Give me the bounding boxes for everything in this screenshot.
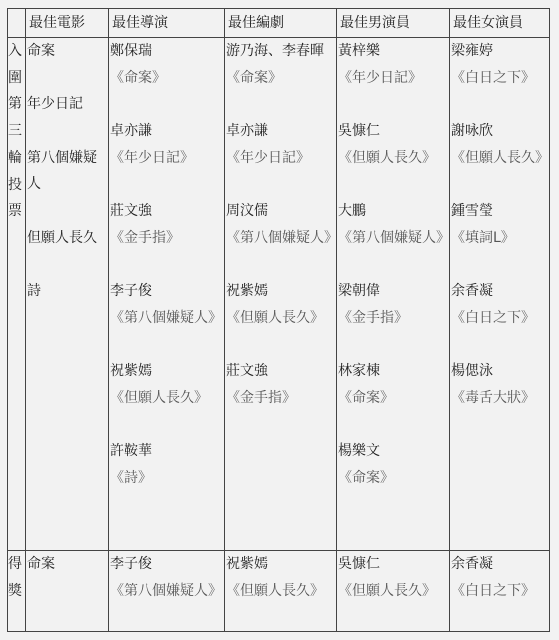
cell-best-actor-winner: 吳慷仁《但願人長久》 bbox=[337, 551, 450, 632]
nominee-film: 《但願人長久》 bbox=[451, 145, 548, 172]
nominee-entry: 莊文強《金手指》 bbox=[110, 198, 223, 251]
label-char: 票 bbox=[8, 198, 25, 225]
nominee-entry: 鍾雪瑩《填詞L》 bbox=[451, 198, 548, 251]
film-nominee: 命案 bbox=[27, 38, 107, 65]
nominee-entry: 游乃海、李春暉《命案》 bbox=[226, 38, 335, 91]
header-best-film: 最佳電影 bbox=[26, 9, 109, 38]
winner-entry: 李子俊《第八個嫌疑人》 bbox=[110, 551, 223, 604]
nominee-entry: 卓亦謙《年少日記》 bbox=[226, 118, 335, 171]
nominee-name: 余香凝 bbox=[451, 278, 548, 305]
nominee-name: 楊偲泳 bbox=[451, 358, 548, 385]
nominee-name: 卓亦謙 bbox=[110, 118, 223, 145]
nominee-entry: 祝紫嫣《但願人長久》 bbox=[110, 358, 223, 411]
nominee-entry: 謝咏欣《但願人長久》 bbox=[451, 118, 548, 171]
header-best-actor: 最佳男演員 bbox=[337, 9, 450, 38]
row-nominees: 入 圍 第 三 輪 投 票 命案 年少日記 第八個嫌疑人 但願人長久 詩 鄭保瑞… bbox=[8, 38, 550, 551]
winner-film: 《但願人長久》 bbox=[226, 578, 335, 605]
label-char: 第 bbox=[8, 91, 25, 118]
nominee-name: 祝紫嫣 bbox=[226, 278, 335, 305]
nominee-film: 《命案》 bbox=[226, 65, 335, 92]
nominee-entry: 吳慷仁《但願人長久》 bbox=[338, 118, 448, 171]
label-char: 三 bbox=[8, 118, 25, 145]
cell-best-actress-nominees: 梁雍婷《白日之下》 謝咏欣《但願人長久》 鍾雪瑩《填詞L》 余香凝《白日之下》 … bbox=[450, 38, 550, 551]
awards-table: 最佳電影 最佳導演 最佳編劇 最佳男演員 最佳女演員 入 圍 第 三 輪 投 票… bbox=[7, 8, 550, 632]
nominee-entry: 許鞍華《詩》 bbox=[110, 438, 223, 491]
nominee-film: 《填詞L》 bbox=[451, 225, 548, 252]
cell-best-actor-nominees: 黃梓樂《年少日記》 吳慷仁《但願人長久》 大鵬《第八個嫌疑人》 梁朝偉《金手指》… bbox=[337, 38, 450, 551]
nominee-film: 《毒舌大狀》 bbox=[451, 385, 548, 412]
header-best-screenplay: 最佳編劇 bbox=[225, 9, 337, 38]
cell-best-screenplay-winner: 祝紫嫣《但願人長久》 bbox=[225, 551, 337, 632]
row-label-nominees: 入 圍 第 三 輪 投 票 bbox=[8, 38, 26, 551]
winner-name: 李子俊 bbox=[110, 551, 223, 578]
nominee-name: 梁雍婷 bbox=[451, 38, 548, 65]
nominee-entry: 余香凝《白日之下》 bbox=[451, 278, 548, 331]
nominee-entry: 鄭保瑞《命案》 bbox=[110, 38, 223, 91]
row-winners: 得 獎 命案 李子俊《第八個嫌疑人》 祝紫嫣《但願人長久》 吳慷仁《但願人長久》… bbox=[8, 551, 550, 632]
nominee-film: 《詩》 bbox=[110, 465, 223, 492]
row-label-winners: 得 獎 bbox=[8, 551, 26, 632]
nominee-name: 鍾雪瑩 bbox=[451, 198, 548, 225]
winner-entry: 余香凝《白日之下》 bbox=[451, 551, 548, 604]
nominee-film: 《第八個嫌疑人》 bbox=[338, 225, 448, 252]
nominee-film: 《年少日記》 bbox=[338, 65, 448, 92]
nominee-name: 卓亦謙 bbox=[226, 118, 335, 145]
nominee-entry: 梁雍婷《白日之下》 bbox=[451, 38, 548, 91]
nominee-name: 大鵬 bbox=[338, 198, 448, 225]
nominee-entry: 卓亦謙《年少日記》 bbox=[110, 118, 223, 171]
film-nominee: 年少日記 bbox=[27, 91, 107, 118]
nominee-name: 游乃海、李春暉 bbox=[226, 38, 335, 65]
nominee-name: 周汶儒 bbox=[226, 198, 335, 225]
winner-name: 余香凝 bbox=[451, 551, 548, 578]
nominee-entry: 李子俊《第八個嫌疑人》 bbox=[110, 278, 223, 331]
nominee-name: 祝紫嫣 bbox=[110, 358, 223, 385]
film-nominee: 但願人長久 bbox=[27, 225, 107, 252]
header-best-director: 最佳導演 bbox=[109, 9, 225, 38]
nominee-film: 《但願人長久》 bbox=[338, 145, 448, 172]
winner-entry: 吳慷仁《但願人長久》 bbox=[338, 551, 448, 604]
nominee-name: 黃梓樂 bbox=[338, 38, 448, 65]
nominee-name: 莊文強 bbox=[226, 358, 335, 385]
winner-name: 吳慷仁 bbox=[338, 551, 448, 578]
winner-film: 《但願人長久》 bbox=[338, 578, 448, 605]
nominee-film: 《命案》 bbox=[338, 385, 448, 412]
nominee-film: 《第八個嫌疑人》 bbox=[226, 225, 335, 252]
nominee-film: 《金手指》 bbox=[226, 385, 335, 412]
label-char: 投 bbox=[8, 172, 25, 199]
nominee-entry: 周汶儒《第八個嫌疑人》 bbox=[226, 198, 335, 251]
cell-best-director-nominees: 鄭保瑞《命案》 卓亦謙《年少日記》 莊文強《金手指》 李子俊《第八個嫌疑人》 祝… bbox=[109, 38, 225, 551]
nominee-entry: 黃梓樂《年少日記》 bbox=[338, 38, 448, 91]
nominee-entry: 林家棟《命案》 bbox=[338, 358, 448, 411]
nominee-film: 《金手指》 bbox=[110, 225, 223, 252]
winner-name: 祝紫嫣 bbox=[226, 551, 335, 578]
label-char: 獎 bbox=[8, 578, 25, 605]
nominee-name: 許鞍華 bbox=[110, 438, 223, 465]
nominee-name: 謝咏欣 bbox=[451, 118, 548, 145]
nominee-entry: 梁朝偉《金手指》 bbox=[338, 278, 448, 331]
cell-best-screenplay-nominees: 游乃海、李春暉《命案》 卓亦謙《年少日記》 周汶儒《第八個嫌疑人》 祝紫嫣《但願… bbox=[225, 38, 337, 551]
nominee-film: 《金手指》 bbox=[338, 305, 448, 332]
header-row: 最佳電影 最佳導演 最佳編劇 最佳男演員 最佳女演員 bbox=[8, 9, 550, 38]
nominee-film: 《年少日記》 bbox=[110, 145, 223, 172]
nominee-name: 林家棟 bbox=[338, 358, 448, 385]
nominee-name: 莊文強 bbox=[110, 198, 223, 225]
nominee-name: 吳慷仁 bbox=[338, 118, 448, 145]
header-best-actress: 最佳女演員 bbox=[450, 9, 550, 38]
cell-best-film-winner: 命案 bbox=[26, 551, 109, 632]
winner-entry: 祝紫嫣《但願人長久》 bbox=[226, 551, 335, 604]
nominee-entry: 祝紫嫣《但願人長久》 bbox=[226, 278, 335, 331]
nominee-film: 《但願人長久》 bbox=[226, 305, 335, 332]
winner-film: 命案 bbox=[27, 551, 107, 578]
nominee-film: 《命案》 bbox=[338, 465, 448, 492]
header-corner bbox=[8, 9, 26, 38]
nominee-name: 鄭保瑞 bbox=[110, 38, 223, 65]
nominee-name: 楊樂文 bbox=[338, 438, 448, 465]
nominee-film: 《但願人長久》 bbox=[110, 385, 223, 412]
nominee-film: 《白日之下》 bbox=[451, 305, 548, 332]
cell-best-film-nominees: 命案 年少日記 第八個嫌疑人 但願人長久 詩 bbox=[26, 38, 109, 551]
nominee-entry: 大鵬《第八個嫌疑人》 bbox=[338, 198, 448, 251]
label-char: 得 bbox=[8, 551, 25, 578]
nominee-entry: 楊樂文《命案》 bbox=[338, 438, 448, 491]
winner-film: 《第八個嫌疑人》 bbox=[110, 578, 223, 605]
nominee-film: 《第八個嫌疑人》 bbox=[110, 305, 223, 332]
label-char: 入 bbox=[8, 38, 25, 65]
label-char: 圍 bbox=[8, 65, 25, 92]
nominee-film: 《命案》 bbox=[110, 65, 223, 92]
cell-best-actress-winner: 余香凝《白日之下》 bbox=[450, 551, 550, 632]
label-char: 輪 bbox=[8, 145, 25, 172]
film-nominee: 詩 bbox=[27, 278, 107, 305]
nominee-film: 《白日之下》 bbox=[451, 65, 548, 92]
film-nominee: 第八個嫌疑人 bbox=[27, 145, 107, 198]
nominee-film: 《年少日記》 bbox=[226, 145, 335, 172]
winner-film: 《白日之下》 bbox=[451, 578, 548, 605]
nominee-entry: 莊文強《金手指》 bbox=[226, 358, 335, 411]
nominee-entry: 楊偲泳《毒舌大狀》 bbox=[451, 358, 548, 411]
cell-best-director-winner: 李子俊《第八個嫌疑人》 bbox=[109, 551, 225, 632]
nominee-name: 梁朝偉 bbox=[338, 278, 448, 305]
nominee-name: 李子俊 bbox=[110, 278, 223, 305]
